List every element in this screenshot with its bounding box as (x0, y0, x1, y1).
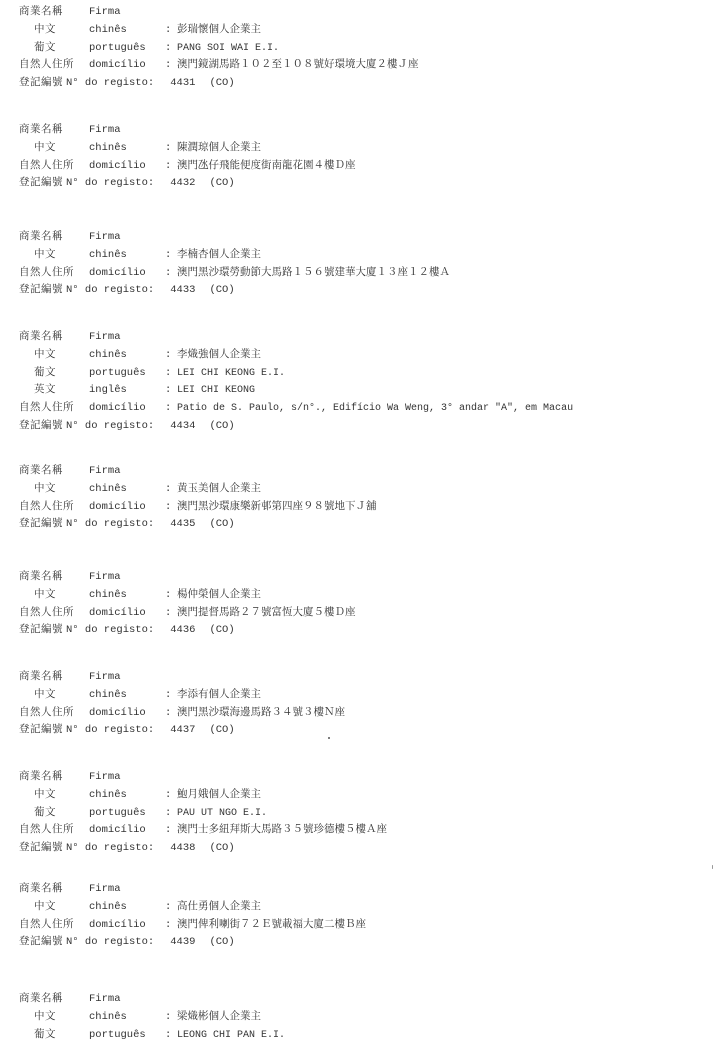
domicile-value: 澳門黑沙環勞動節大馬路１５６號建華大廈１３座１２樓Ａ (177, 266, 450, 278)
domicile-value: 澳門鏡湖馬路１０２至１０８號好環境大廈２樓Ｊ座 (177, 58, 419, 70)
colon: : (165, 57, 177, 75)
chinese-label-pt: chinês (89, 140, 165, 158)
firm-label-zh: 商業名稱 (19, 462, 89, 480)
registry-label-zh: 登記編號 (19, 621, 63, 639)
registry-row: 登記編號N° do registo:4432(CO) (19, 174, 709, 192)
domicile-value: 澳門氹仔飛能便度街南龍花園４樓Ｄ座 (177, 159, 356, 171)
firm-label-pt: Firma (89, 883, 121, 895)
chinese-label-zh: 中文 (19, 786, 89, 804)
portuguese-name-row: 葡文português:LEI CHI KEONG E.I. (19, 364, 709, 382)
registry-label-zh: 登記編號 (19, 281, 63, 299)
chinese-label-pt: chinês (89, 1009, 165, 1027)
chinese-label-pt: chinês (89, 787, 165, 805)
firm-label-pt: Firma (89, 993, 121, 1005)
firm-label-pt: Firma (89, 671, 121, 683)
registry-row: 登記編號N° do registo:4434(CO) (19, 417, 709, 435)
registry-label-pt: N° do registo: (66, 840, 154, 858)
firm-header: 商業名稱Firma (19, 462, 709, 480)
colon: : (165, 40, 177, 58)
registry-number: 4431 (170, 75, 195, 93)
portuguese-label-zh: 葡文 (19, 39, 89, 57)
portuguese-label-pt: português (89, 805, 165, 823)
chinese-name-row: 中文chinês:梁熾彬個人企業主 (19, 1008, 709, 1026)
registry-record-partial: 商業名稱Firma 中文chinês:梁熾彬個人企業主 葡文português:… (19, 990, 709, 1043)
domicile-label-pt: domicílio (89, 499, 165, 517)
registry-number: 4437 (170, 722, 195, 740)
colon: : (165, 140, 177, 158)
chinese-label-zh: 中文 (19, 586, 89, 604)
colon: : (165, 247, 177, 265)
chinese-label-pt: chinês (89, 247, 165, 265)
chinese-name-row: 中文chinês:李熾強個人企業主 (19, 346, 709, 364)
colon: : (165, 587, 177, 605)
domicile-label-pt: domicílio (89, 400, 165, 418)
firm-header: 商業名稱Firma (19, 3, 709, 21)
chinese-label-zh: 中文 (19, 1008, 89, 1026)
scan-speck (712, 865, 713, 869)
domicile-label-pt: domicílio (89, 158, 165, 176)
chinese-name-value: 楊仲榮個人企業主 (177, 588, 261, 600)
firm-label-pt: Firma (89, 571, 121, 583)
chinese-name-value: 黄玉美個人企業主 (177, 482, 261, 494)
domicile-value: 澳門俾利喇街７２Ｅ號載福大廈二樓Ｂ座 (177, 918, 366, 930)
firm-label-pt: Firma (89, 465, 121, 477)
firm-label-zh: 商業名稱 (19, 3, 89, 21)
colon: : (165, 365, 177, 383)
portuguese-name-row: 葡文português:PAU UT NGO E.I. (19, 804, 709, 822)
portuguese-name-value: PANG SOI WAI E.I. (177, 43, 279, 54)
registry-record-4434: 商業名稱Firma 中文chinês:李熾強個人企業主 葡文português:… (19, 328, 709, 435)
chinese-label-zh: 中文 (19, 346, 89, 364)
domicile-row: 自然人住所domicílio:澳門氹仔飛能便度街南龍花園４樓Ｄ座 (19, 157, 709, 175)
registry-label-pt: N° do registo: (66, 175, 154, 193)
english-name-value: LEI CHI KEONG (177, 385, 255, 396)
colon: : (165, 687, 177, 705)
registry-record-4436: 商業名稱Firma 中文chinês:楊仲榮個人企業主 自然人住所domicíl… (19, 568, 709, 639)
domicile-label-zh: 自然人住所 (19, 399, 89, 417)
domicile-label-zh: 自然人住所 (19, 916, 89, 934)
registry-number: 4433 (170, 282, 195, 300)
domicile-label-zh: 自然人住所 (19, 56, 89, 74)
firm-label-pt: Firma (89, 771, 121, 783)
registry-label-pt: N° do registo: (66, 75, 154, 93)
firm-header: 商業名稱Firma (19, 768, 709, 786)
domicile-label-zh: 自然人住所 (19, 821, 89, 839)
registry-record-4433: 商業名稱Firma 中文chinês:李楠杏個人企業主 自然人住所domicíl… (19, 228, 709, 299)
chinese-name-row: 中文chinês:鮑月娥個人企業主 (19, 786, 709, 804)
registry-label-pt: N° do registo: (66, 934, 154, 952)
domicile-label-pt: domicílio (89, 822, 165, 840)
chinese-name-value: 梁熾彬個人企業主 (177, 1010, 261, 1022)
firm-header: 商業名稱Firma (19, 121, 709, 139)
registry-label-zh: 登記編號 (19, 74, 63, 92)
firm-header: 商業名稱Firma (19, 880, 709, 898)
colon: : (165, 265, 177, 283)
colon: : (165, 805, 177, 823)
domicile-value: 澳門黑沙環康樂新邨第四座９８號地下Ｊ舖 (177, 500, 377, 512)
english-label-zh: 英文 (19, 381, 89, 399)
colon: : (165, 481, 177, 499)
domicile-label-zh: 自然人住所 (19, 498, 89, 516)
firm-label-zh: 商業名稱 (19, 768, 89, 786)
domicile-label-pt: domicílio (89, 57, 165, 75)
registry-number: 4435 (170, 516, 195, 534)
domicile-label-zh: 自然人住所 (19, 704, 89, 722)
domicile-row: 自然人住所domicílio:澳門黑沙環康樂新邨第四座９８號地下Ｊ舖 (19, 498, 709, 516)
firm-header: 商業名稱Firma (19, 668, 709, 686)
registry-suffix: (CO) (209, 622, 234, 640)
domicile-label-zh: 自然人住所 (19, 157, 89, 175)
registry-row: 登記編號N° do registo:4436(CO) (19, 621, 709, 639)
chinese-label-pt: chinês (89, 481, 165, 499)
english-name-row: 英文inglês:LEI CHI KEONG (19, 381, 709, 399)
colon: : (165, 605, 177, 623)
colon: : (165, 499, 177, 517)
portuguese-label-pt: português (89, 365, 165, 383)
domicile-row: 自然人住所domicílio:澳門黑沙環勞動節大馬路１５６號建華大廈１３座１２樓… (19, 264, 709, 282)
chinese-name-value: 李熾強個人企業主 (177, 348, 261, 360)
chinese-label-pt: chinês (89, 899, 165, 917)
registry-row: 登記編號N° do registo:4435(CO) (19, 515, 709, 533)
firm-label-zh: 商業名稱 (19, 568, 89, 586)
colon: : (165, 705, 177, 723)
registry-record-4438: 商業名稱Firma 中文chinês:鮑月娥個人企業主 葡文português:… (19, 768, 709, 857)
firm-label-pt: Firma (89, 331, 121, 343)
portuguese-label-zh: 葡文 (19, 364, 89, 382)
chinese-name-value: 彭瑞懷個人企業主 (177, 23, 261, 35)
registry-number: 4438 (170, 840, 195, 858)
domicile-row: 自然人住所domicílio:澳門士多紐拜斯大馬路３５號珍德樓５樓Ａ座 (19, 821, 709, 839)
chinese-name-value: 李添有個人企業主 (177, 688, 261, 700)
colon: : (165, 382, 177, 400)
registry-label-pt: N° do registo: (66, 722, 154, 740)
firm-label-zh: 商業名稱 (19, 668, 89, 686)
chinese-label-zh: 中文 (19, 246, 89, 264)
chinese-label-pt: chinês (89, 22, 165, 40)
portuguese-name-value: LEI CHI KEONG E.I. (177, 368, 285, 379)
registry-label-zh: 登記編號 (19, 515, 63, 533)
registry-row: 登記編號N° do registo:4438(CO) (19, 839, 709, 857)
firm-label-zh: 商業名稱 (19, 228, 89, 246)
colon: : (165, 1009, 177, 1027)
colon: : (165, 787, 177, 805)
domicile-label-zh: 自然人住所 (19, 604, 89, 622)
firm-label-zh: 商業名稱 (19, 121, 89, 139)
registry-number: 4432 (170, 175, 195, 193)
registry-record-4431: 商業名稱Firma 中文chinês:彭瑞懷個人企業主 葡文português:… (19, 3, 709, 92)
firm-label-pt: Firma (89, 6, 121, 18)
registry-suffix: (CO) (209, 175, 234, 193)
portuguese-name-value: PAU UT NGO E.I. (177, 808, 267, 819)
domicile-label-zh: 自然人住所 (19, 264, 89, 282)
registry-label-pt: N° do registo: (66, 418, 154, 436)
registry-suffix: (CO) (209, 282, 234, 300)
colon: : (165, 347, 177, 365)
registry-record-4437: 商業名稱Firma 中文chinês:李添有個人企業主 自然人住所domicíl… (19, 668, 709, 739)
domicile-label-pt: domicílio (89, 917, 165, 935)
registry-label-zh: 登記編號 (19, 721, 63, 739)
colon: : (165, 1027, 177, 1045)
firm-header: 商業名稱Firma (19, 568, 709, 586)
chinese-name-value: 李楠杏個人企業主 (177, 248, 261, 260)
chinese-name-row: 中文chinês:黄玉美個人企業主 (19, 480, 709, 498)
domicile-value: 澳門黑沙環海邊馬路３４號３樓Ｎ座 (177, 706, 345, 718)
registry-label-pt: N° do registo: (66, 282, 154, 300)
colon: : (165, 400, 177, 418)
registry-label-zh: 登記編號 (19, 933, 63, 951)
domicile-label-pt: domicílio (89, 265, 165, 283)
chinese-name-value: 高仕勇個人企業主 (177, 900, 261, 912)
portuguese-name-row: 葡文português:PANG SOI WAI E.I. (19, 39, 709, 57)
domicile-row: 自然人住所domicílio:澳門俾利喇街７２Ｅ號載福大廈二樓Ｂ座 (19, 916, 709, 934)
colon: : (165, 822, 177, 840)
chinese-name-row: 中文chinês:楊仲榮個人企業主 (19, 586, 709, 604)
registry-suffix: (CO) (209, 75, 234, 93)
portuguese-label-pt: português (89, 1027, 165, 1045)
firm-label-zh: 商業名稱 (19, 328, 89, 346)
chinese-name-row: 中文chinês:高仕勇個人企業主 (19, 898, 709, 916)
colon: : (165, 22, 177, 40)
domicile-label-pt: domicílio (89, 605, 165, 623)
firm-header: 商業名稱Firma (19, 228, 709, 246)
english-label-pt: inglês (89, 382, 165, 400)
registry-label-pt: N° do registo: (66, 516, 154, 534)
registry-row: 登記編號N° do registo:4439(CO) (19, 933, 709, 951)
registry-suffix: (CO) (209, 840, 234, 858)
firm-label-zh: 商業名稱 (19, 990, 89, 1008)
chinese-name-row: 中文chinês:李楠杏個人企業主 (19, 246, 709, 264)
chinese-label-zh: 中文 (19, 898, 89, 916)
registry-row: 登記編號N° do registo:4433(CO) (19, 281, 709, 299)
registry-record-4432: 商業名稱Firma 中文chinês:陳潤琼個人企業主 自然人住所domicíl… (19, 121, 709, 192)
registry-number: 4439 (170, 934, 195, 952)
portuguese-label-zh: 葡文 (19, 804, 89, 822)
chinese-name-value: 陳潤琼個人企業主 (177, 141, 261, 153)
registry-number: 4436 (170, 622, 195, 640)
domicile-row: 自然人住所domicílio:澳門提督馬路２７號富恆大廈５樓Ｄ座 (19, 604, 709, 622)
registry-number: 4434 (170, 418, 195, 436)
registry-suffix: (CO) (209, 516, 234, 534)
portuguese-name-value: LEONG CHI PAN E.I. (177, 1030, 285, 1041)
chinese-name-row: 中文chinês:陳潤琼個人企業主 (19, 139, 709, 157)
domicile-label-pt: domicílio (89, 705, 165, 723)
domicile-row: 自然人住所domicílio:澳門黑沙環海邊馬路３４號３樓Ｎ座 (19, 704, 709, 722)
chinese-label-zh: 中文 (19, 686, 89, 704)
registry-suffix: (CO) (209, 418, 234, 436)
registry-row: 登記編號N° do registo:4437(CO) (19, 721, 709, 739)
portuguese-name-row: 葡文português:LEONG CHI PAN E.I. (19, 1026, 709, 1044)
scan-speck (328, 737, 330, 739)
chinese-label-pt: chinês (89, 687, 165, 705)
registry-suffix: (CO) (209, 722, 234, 740)
registry-record-4439: 商業名稱Firma 中文chinês:高仕勇個人企業主 自然人住所domicíl… (19, 880, 709, 951)
chinese-label-zh: 中文 (19, 21, 89, 39)
domicile-value: Patio de S. Paulo, s/n°., Edifício Wa We… (177, 403, 573, 414)
chinese-label-pt: chinês (89, 587, 165, 605)
domicile-row: 自然人住所domicílio:澳門鏡湖馬路１０２至１０８號好環境大廈２樓Ｊ座 (19, 56, 709, 74)
domicile-value: 澳門提督馬路２７號富恆大廈５樓Ｄ座 (177, 606, 356, 618)
registry-label-zh: 登記編號 (19, 839, 63, 857)
firm-label-zh: 商業名稱 (19, 880, 89, 898)
registry-record-4435: 商業名稱Firma 中文chinês:黄玉美個人企業主 自然人住所domicíl… (19, 462, 709, 533)
firm-header: 商業名稱Firma (19, 328, 709, 346)
registry-row: 登記編號N° do registo:4431(CO) (19, 74, 709, 92)
portuguese-label-zh: 葡文 (19, 1026, 89, 1044)
chinese-label-zh: 中文 (19, 139, 89, 157)
chinese-name-row: 中文chinês:彭瑞懷個人企業主 (19, 21, 709, 39)
domicile-value: 澳門士多紐拜斯大馬路３５號珍德樓５樓Ａ座 (177, 823, 387, 835)
portuguese-label-pt: português (89, 40, 165, 58)
chinese-name-row: 中文chinês:李添有個人企業主 (19, 686, 709, 704)
registry-label-pt: N° do registo: (66, 622, 154, 640)
chinese-name-value: 鮑月娥個人企業主 (177, 788, 261, 800)
firm-header: 商業名稱Firma (19, 990, 709, 1008)
registry-label-zh: 登記編號 (19, 417, 63, 435)
firm-label-pt: Firma (89, 124, 121, 136)
domicile-row: 自然人住所domicílio:Patio de S. Paulo, s/n°.,… (19, 399, 709, 417)
registry-suffix: (CO) (209, 934, 234, 952)
chinese-label-pt: chinês (89, 347, 165, 365)
registry-label-zh: 登記編號 (19, 174, 63, 192)
firm-label-pt: Firma (89, 231, 121, 243)
chinese-label-zh: 中文 (19, 480, 89, 498)
colon: : (165, 917, 177, 935)
colon: : (165, 158, 177, 176)
colon: : (165, 899, 177, 917)
